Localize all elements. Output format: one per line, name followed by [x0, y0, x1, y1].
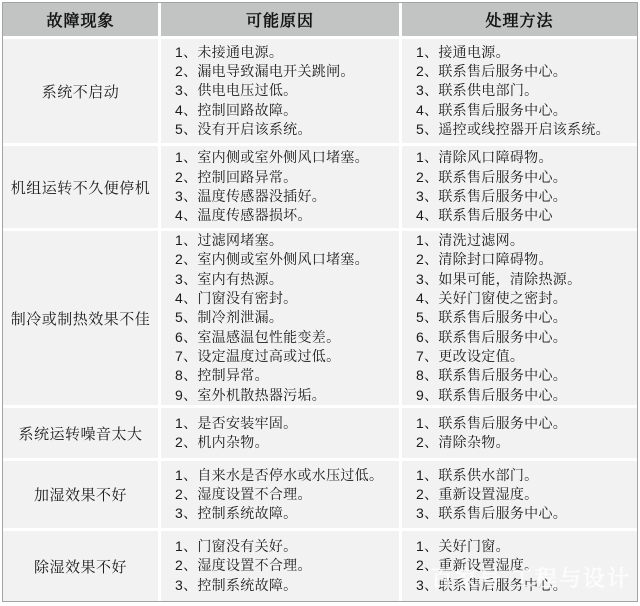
list-item: 2、控制回路异常。 — [175, 168, 369, 187]
column-header-method: 处理方法 — [402, 3, 637, 36]
methods-cell: 1、清除风口障碍物。2、联系售后服务中心。3、联系售后服务中心。4、联系售后服务… — [402, 146, 637, 228]
methods-list: 1、清除风口障碍物。2、联系售后服务中心。3、联系售后服务中心。4、联系售后服务… — [402, 146, 569, 227]
list-item: 7、更改设定值。 — [416, 347, 581, 366]
list-item: 2、重新设置湿度。 — [416, 485, 567, 504]
list-item: 1、清除风口障碍物。 — [416, 148, 567, 167]
column-header-cause: 可能原因 — [161, 3, 399, 36]
troubleshooting-table: 故障现象 可能原因 处理方法 系统不启动1、未接通电源。2、漏电导致漏电开关跳闸… — [3, 3, 637, 601]
list-item: 1、联系售后服务中心。 — [416, 414, 567, 433]
list-item: 2、漏电导致漏电开关跳闸。 — [175, 62, 355, 81]
list-item: 2、湿度设置不合理。 — [175, 556, 312, 575]
list-item: 9、联系售后服务中心。 — [416, 386, 581, 405]
list-item: 1、门窗没有关好。 — [175, 537, 312, 556]
list-item: 1、过滤网堵塞。 — [175, 231, 369, 250]
causes-list: 1、自来水是否停水或水压过低。2、湿度设置不合理。3、控制系统故障。 — [161, 464, 385, 526]
list-item: 2、清除杂物。 — [416, 433, 567, 452]
list-item: 2、重新设置湿度。 — [416, 556, 567, 575]
methods-cell: 1、接通电源。2、联系售后服务中心。3、联系供电部门。4、联系售后服务中心。5、… — [402, 39, 637, 143]
list-item: 1、室内侧或室外侧风口堵塞。 — [175, 148, 369, 167]
list-item: 4、关好门窗使之密封。 — [416, 289, 581, 308]
causes-list: 1、门窗没有关好。2、湿度设置不合理。3、控制系统故障。 — [161, 535, 314, 597]
list-item: 5、联系售后服务中心。 — [416, 308, 581, 327]
causes-list: 1、未接通电源。2、漏电导致漏电开关跳闸。3、供电电压过低。4、控制回路故障。5… — [161, 41, 357, 141]
causes-cell: 1、门窗没有关好。2、湿度设置不合理。3、控制系统故障。 — [161, 531, 399, 601]
list-item: 5、没有开启该系统。 — [175, 120, 355, 139]
causes-list: 1、是否安装牢固。2、机内杂物。 — [161, 412, 300, 455]
list-item: 2、湿度设置不合理。 — [175, 485, 383, 504]
list-item: 9、室外机散热器污垢。 — [175, 386, 369, 405]
list-item: 4、联系售后服务中心。 — [416, 101, 610, 120]
methods-list: 1、清洗过滤网。2、清除封口障碍物。3、如果可能，清除热源。4、关好门窗使之密封… — [402, 229, 583, 407]
methods-cell: 1、关好门窗。2、重新设置湿度。3、联系售后服务中心。 — [402, 531, 637, 601]
list-item: 3、联系供电部门。 — [416, 81, 610, 100]
fault-cell: 系统不启动 — [3, 39, 158, 143]
causes-list: 1、过滤网堵塞。2、室内侧或室外侧风口堵塞。3、室内有热源。4、门窗没有密封。5… — [161, 229, 371, 407]
list-item: 4、联系售后服务中心 — [416, 206, 567, 225]
list-item: 1、关好门窗。 — [416, 537, 567, 556]
column-header-fault: 故障现象 — [3, 3, 158, 36]
fault-cell: 机组运转不久便停机 — [3, 146, 158, 228]
list-item: 1、自来水是否停水或水压过低。 — [175, 466, 383, 485]
list-item: 2、清除封口障碍物。 — [416, 250, 581, 269]
list-item: 5、制冷剂泄漏。 — [175, 308, 369, 327]
list-item: 2、室内侧或室外侧风口堵塞。 — [175, 250, 369, 269]
list-item: 4、门窗没有密封。 — [175, 289, 369, 308]
list-item: 3、控制系统故障。 — [175, 504, 383, 523]
methods-list: 1、联系售后服务中心。2、清除杂物。 — [402, 412, 569, 455]
methods-list: 1、关好门窗。2、重新设置湿度。3、联系售后服务中心。 — [402, 535, 569, 597]
causes-list: 1、室内侧或室外侧风口堵塞。2、控制回路异常。3、温度传感器没插好。4、温度传感… — [161, 146, 371, 227]
fault-cell: 除湿效果不好 — [3, 531, 158, 601]
list-item: 1、是否安装牢固。 — [175, 414, 298, 433]
list-item: 8、控制异常。 — [175, 366, 369, 385]
methods-cell: 1、清洗过滤网。2、清除封口障碍物。3、如果可能，清除热源。4、关好门窗使之密封… — [402, 231, 637, 405]
fault-cell: 制冷或制热效果不佳 — [3, 231, 158, 405]
list-item: 7、设定温度过高或过低。 — [175, 347, 369, 366]
methods-list: 1、联系供水部门。2、重新设置湿度。3、联系售后服务中心。 — [402, 464, 569, 526]
troubleshooting-page: 故障现象 可能原因 处理方法 系统不启动1、未接通电源。2、漏电导致漏电开关跳闸… — [2, 2, 638, 602]
fault-cell: 加湿效果不好 — [3, 461, 158, 528]
causes-cell: 1、自来水是否停水或水压过低。2、湿度设置不合理。3、控制系统故障。 — [161, 461, 399, 528]
methods-list: 1、接通电源。2、联系售后服务中心。3、联系供电部门。4、联系售后服务中心。5、… — [402, 41, 612, 141]
list-item: 4、温度传感器损坏。 — [175, 206, 369, 225]
list-item: 2、联系售后服务中心。 — [416, 168, 567, 187]
causes-cell: 1、室内侧或室外侧风口堵塞。2、控制回路异常。3、温度传感器没插好。4、温度传感… — [161, 146, 399, 228]
list-item: 4、控制回路故障。 — [175, 101, 355, 120]
methods-cell: 1、联系售后服务中心。2、清除杂物。 — [402, 408, 637, 458]
list-item: 5、遥控或线控器开启该系统。 — [416, 120, 610, 139]
list-item: 3、联系售后服务中心。 — [416, 576, 567, 595]
list-item: 1、接通电源。 — [416, 43, 610, 62]
causes-cell: 1、是否安装牢固。2、机内杂物。 — [161, 408, 399, 458]
list-item: 2、联系售后服务中心。 — [416, 62, 610, 81]
list-item: 1、未接通电源。 — [175, 43, 355, 62]
list-item: 1、联系供水部门。 — [416, 466, 567, 485]
methods-cell: 1、联系供水部门。2、重新设置湿度。3、联系售后服务中心。 — [402, 461, 637, 528]
list-item: 6、室温感温包性能变差。 — [175, 328, 369, 347]
causes-cell: 1、未接通电源。2、漏电导致漏电开关跳闸。3、供电电压过低。4、控制回路故障。5… — [161, 39, 399, 143]
fault-cell: 系统运转噪音太大 — [3, 408, 158, 458]
causes-cell: 1、过滤网堵塞。2、室内侧或室外侧风口堵塞。3、室内有热源。4、门窗没有密封。5… — [161, 231, 399, 405]
list-item: 1、清洗过滤网。 — [416, 231, 581, 250]
list-item: 3、控制系统故障。 — [175, 576, 312, 595]
list-item: 3、联系售后服务中心。 — [416, 504, 567, 523]
list-item: 3、室内有热源。 — [175, 270, 369, 289]
list-item: 3、联系售后服务中心。 — [416, 187, 567, 206]
list-item: 3、供电电压过低。 — [175, 81, 355, 100]
list-item: 2、机内杂物。 — [175, 433, 298, 452]
list-item: 6、联系售后服务中心。 — [416, 328, 581, 347]
list-item: 3、温度传感器没插好。 — [175, 187, 369, 206]
list-item: 3、如果可能，清除热源。 — [416, 270, 581, 289]
list-item: 8、联系售后服务中心。 — [416, 366, 581, 385]
